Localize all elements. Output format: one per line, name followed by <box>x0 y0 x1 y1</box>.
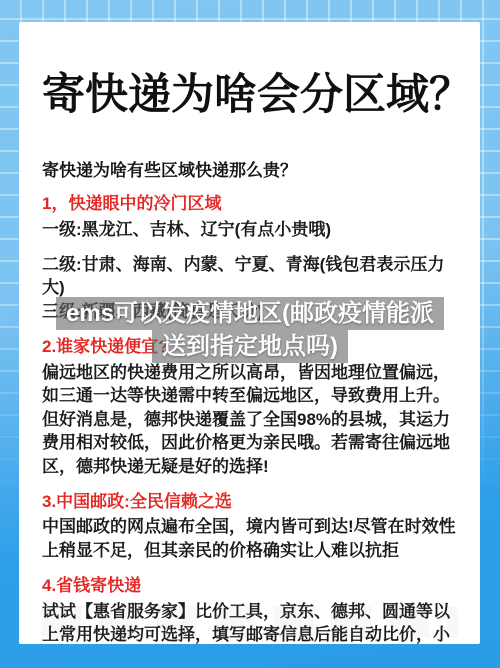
section-3-heading: 3.中国邮政:全民信赖之选 <box>42 490 462 513</box>
section-1-tier-3: 三级:新疆、西藏(简直是天价) <box>42 300 462 323</box>
intro-question: 寄快递为啥有些区域快递那么贵？ <box>42 159 462 182</box>
section-4-heading: 4.省钱寄快递 <box>42 574 462 597</box>
page-title: 寄快递为啥会分区域？ <box>42 70 462 122</box>
section-1-tier-1: 一级:黑龙江、吉林、辽宁(有点小贵哦) <box>42 218 462 241</box>
section-3-body: 中国邮政的网点遍布全国，境内皆可到达!尽管在时效性上稍显不足，但其亲民的价格确实… <box>42 515 462 562</box>
content-card: 寄快递为啥会分区域？ 寄快递为啥有些区域快递那么贵？ 1，快递眼中的冷门区域 一… <box>19 22 480 644</box>
infographic-page: 寄快递为啥会分区域？ 寄快递为啥有些区域快递那么贵？ 1，快递眼中的冷门区域 一… <box>0 0 500 668</box>
section-1-tier-2: 二级:甘肃、海南、内蒙、宁夏、青海(钱包君表示压力大) <box>42 253 462 300</box>
section-2-heading: 2.谁家快递便宜? <box>42 335 462 358</box>
section-1-heading: 1，快递眼中的冷门区域 <box>42 192 462 215</box>
card-content: 寄快递为啥会分区域？ 寄快递为啥有些区域快递那么贵？ 1，快递眼中的冷门区域 一… <box>19 22 480 644</box>
section-2-body: 偏远地区的快递费用之所以高昂，皆因地理位置偏远，如三通一达等快递需中转至偏远地区… <box>42 361 462 478</box>
faint-watermark <box>41 606 458 638</box>
